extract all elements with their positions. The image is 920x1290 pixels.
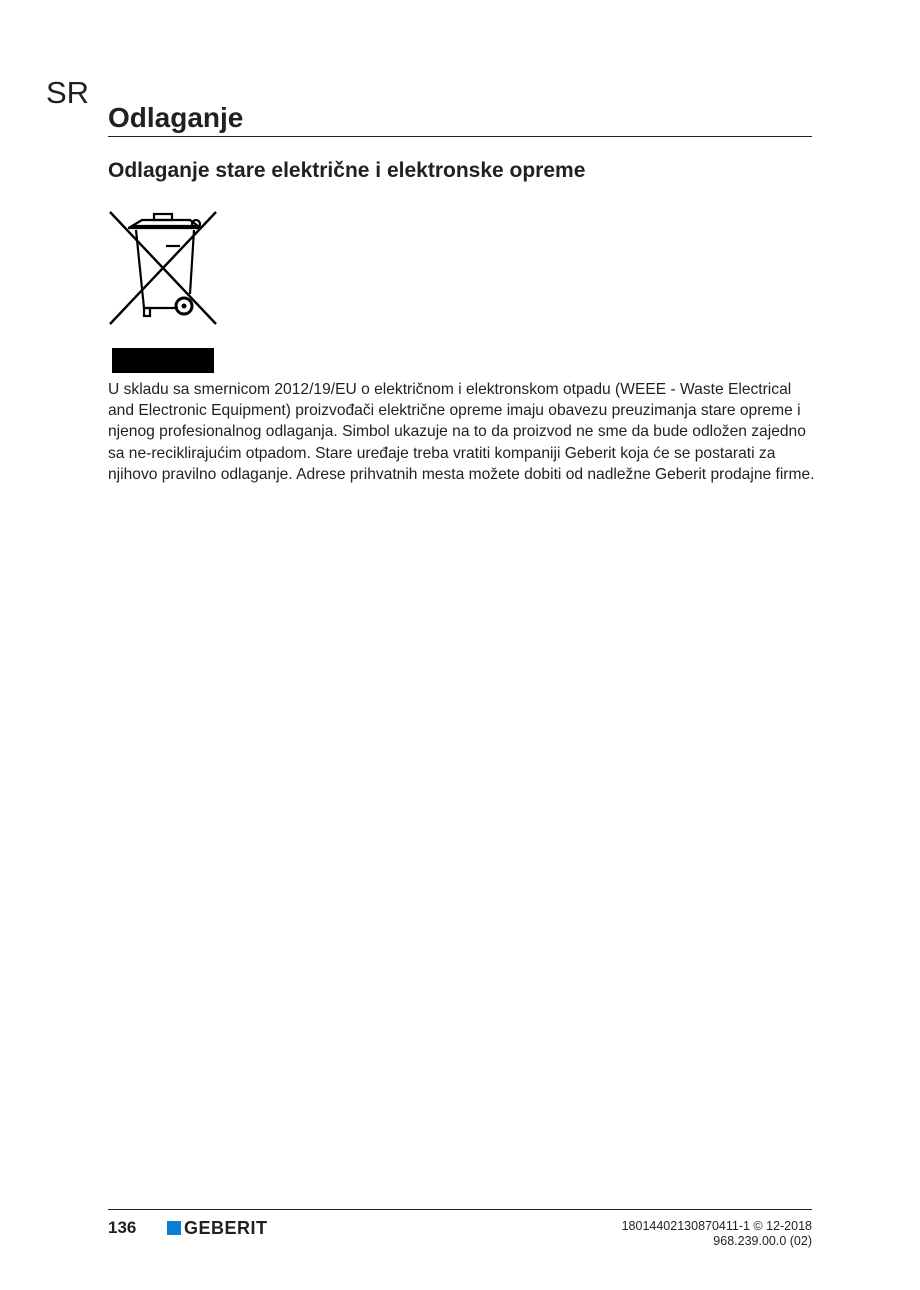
logo-text: GEBERIT bbox=[184, 1219, 268, 1237]
page-title: Odlaganje bbox=[108, 101, 243, 135]
logo-square-icon bbox=[167, 1221, 181, 1235]
weee-marking-bar bbox=[112, 348, 214, 373]
title-divider bbox=[108, 136, 812, 137]
document-id: 18014402130870411-1 © 12-2018 bbox=[622, 1219, 812, 1234]
paragraph-text: U skladu sa smernicom 2012/19/EU o elekt… bbox=[108, 379, 818, 485]
weee-crossed-out-bin-icon bbox=[106, 208, 222, 328]
language-code: SR bbox=[46, 76, 89, 110]
page-number: 136 bbox=[108, 1217, 136, 1239]
geberit-logo: GEBERIT bbox=[167, 1219, 268, 1237]
disposal-paragraph: U skladu sa smernicom 2012/19/EU o elekt… bbox=[108, 379, 818, 485]
document-reference: 18014402130870411-1 © 12-2018 968.239.00… bbox=[622, 1219, 812, 1248]
article-number: 968.239.00.0 (02) bbox=[622, 1234, 812, 1249]
footer-divider bbox=[108, 1209, 812, 1210]
section-heading: Odlaganje stare električne i elektronske… bbox=[108, 157, 585, 185]
